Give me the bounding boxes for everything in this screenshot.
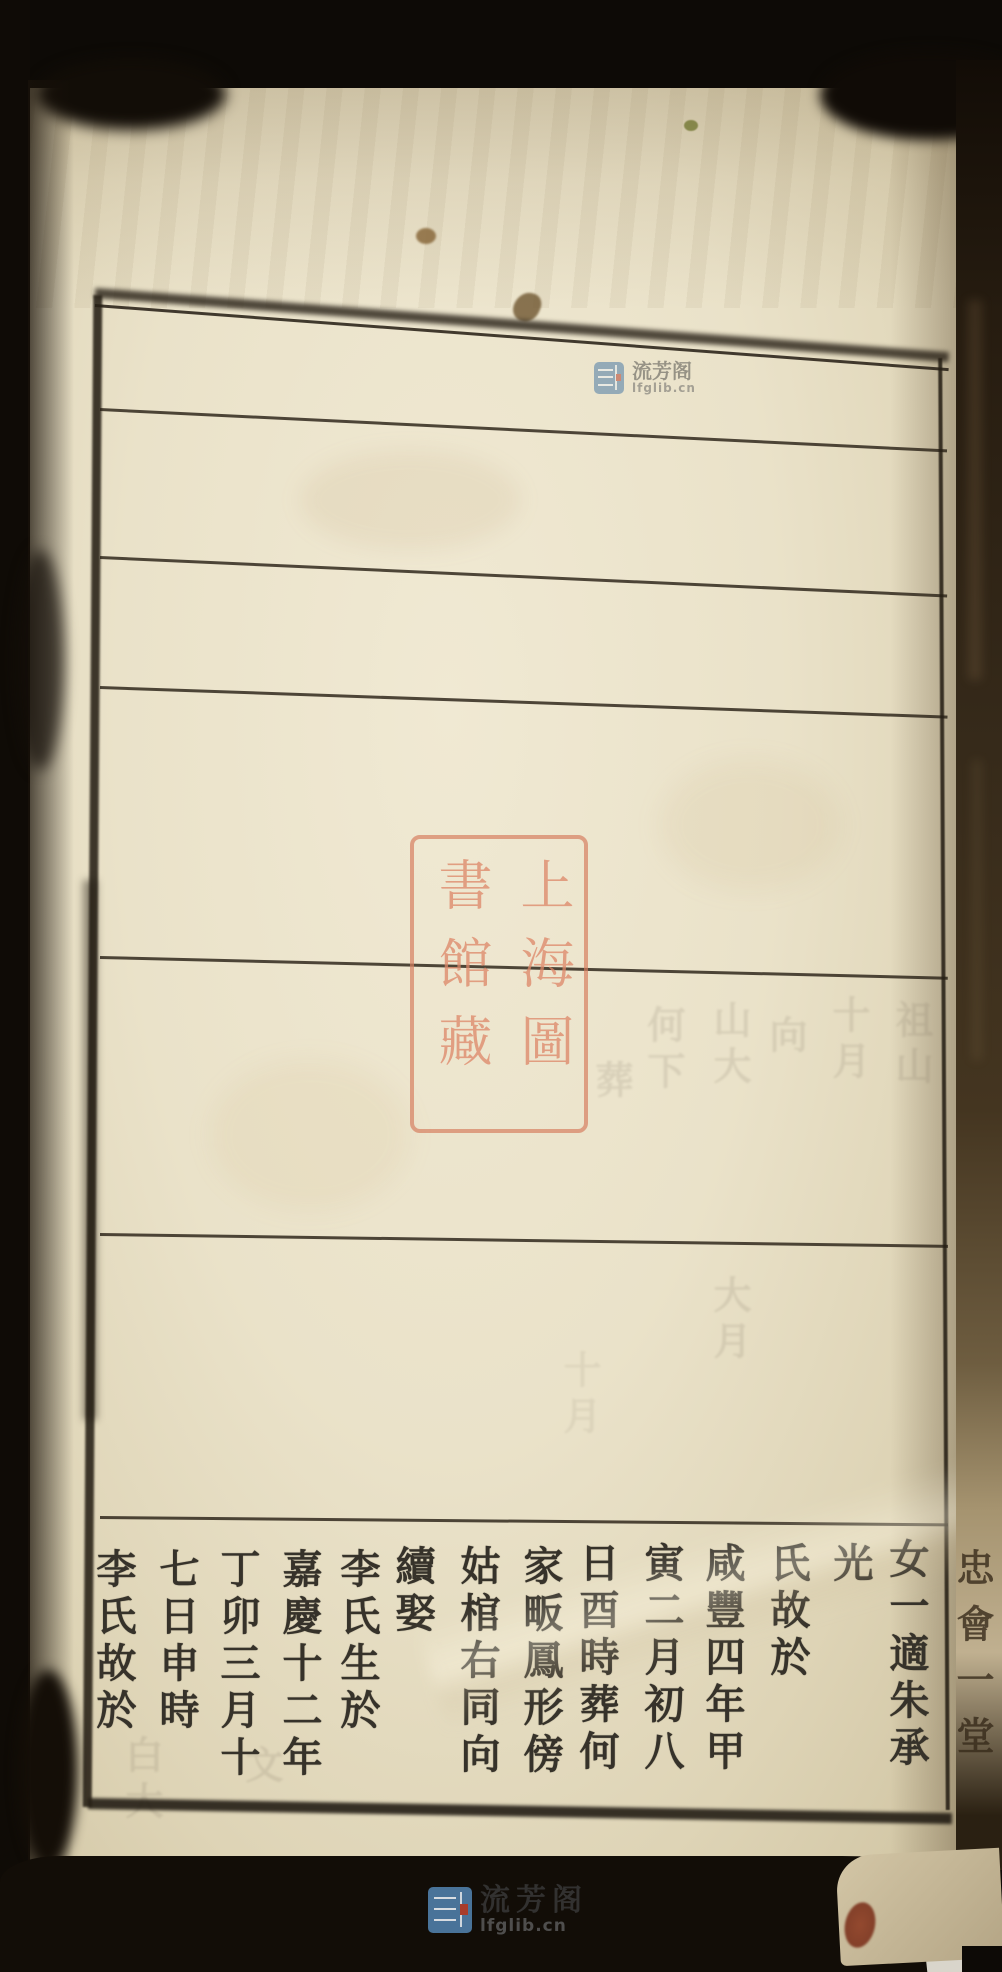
bleedthrough-mark: 葬 <box>588 1060 634 1106</box>
genealogy-text-column: 嘉慶十二年 <box>277 1548 321 1783</box>
brown-stain <box>416 228 436 244</box>
genealogy-text-column: 丁卯三月十 <box>215 1548 259 1783</box>
scan-left-shadow <box>28 80 74 1880</box>
scan-left-edge-blob <box>18 1670 78 1870</box>
scan-corner-dark <box>962 1946 1002 1972</box>
faint-stain <box>210 1060 410 1210</box>
bleedthrough-mark: 白大 <box>118 1735 164 1827</box>
watermark-site-name: 流芳阁 <box>480 1884 588 1917</box>
frame-left-border-smudge <box>83 880 97 1420</box>
library-collection-seal: 上海圖 書館藏 <box>410 835 588 1133</box>
watermark-site-name: 流芳阁 <box>632 360 696 382</box>
seal-left-column: 書館藏 <box>420 857 502 1091</box>
watermark-site-url: lfglib.cn <box>480 1917 588 1936</box>
bleedthrough-mark: 祖山 <box>888 1000 934 1092</box>
watermark-book-icon <box>594 362 624 394</box>
gutter-streak <box>968 300 982 680</box>
watermark-site-url: lfglib.cn <box>632 382 696 395</box>
bleedthrough-mark: 向 <box>762 1015 808 1061</box>
genealogy-text-column: 李氏生於 <box>335 1548 379 1736</box>
watermark-book-icon <box>428 1887 472 1933</box>
genealogy-text-column: 李氏故於 <box>91 1548 135 1736</box>
scan-left-edge-blob <box>16 550 64 770</box>
faint-stain <box>660 760 840 890</box>
genealogy-text-column: 七日申時 <box>154 1548 198 1736</box>
scanned-genealogy-page: 祖山 十月 向 山大 何下 葬 大月 十月 白大 文 上海圖 書館藏 女一適朱承… <box>0 0 1002 1972</box>
green-fleck <box>684 120 698 131</box>
bleedthrough-mark: 十月 <box>556 1350 602 1442</box>
watermark-bottom: 流芳阁 lfglib.cn <box>428 1884 588 1936</box>
bleedthrough-mark: 何下 <box>640 1005 686 1097</box>
bleedthrough-mark: 大月 <box>706 1275 752 1367</box>
seal-right-column: 上海圖 <box>502 857 584 1091</box>
gutter-streak <box>972 760 982 1060</box>
gutter-margin-text: 忠會一堂 <box>950 1548 994 1772</box>
bleedthrough-mark: 十月 <box>825 995 871 1087</box>
scan-left-edge <box>0 0 30 1972</box>
watermark-top: 流芳阁 lfglib.cn <box>594 360 696 395</box>
faint-stain <box>300 450 520 550</box>
bleedthrough-mark: 山大 <box>706 1000 752 1092</box>
